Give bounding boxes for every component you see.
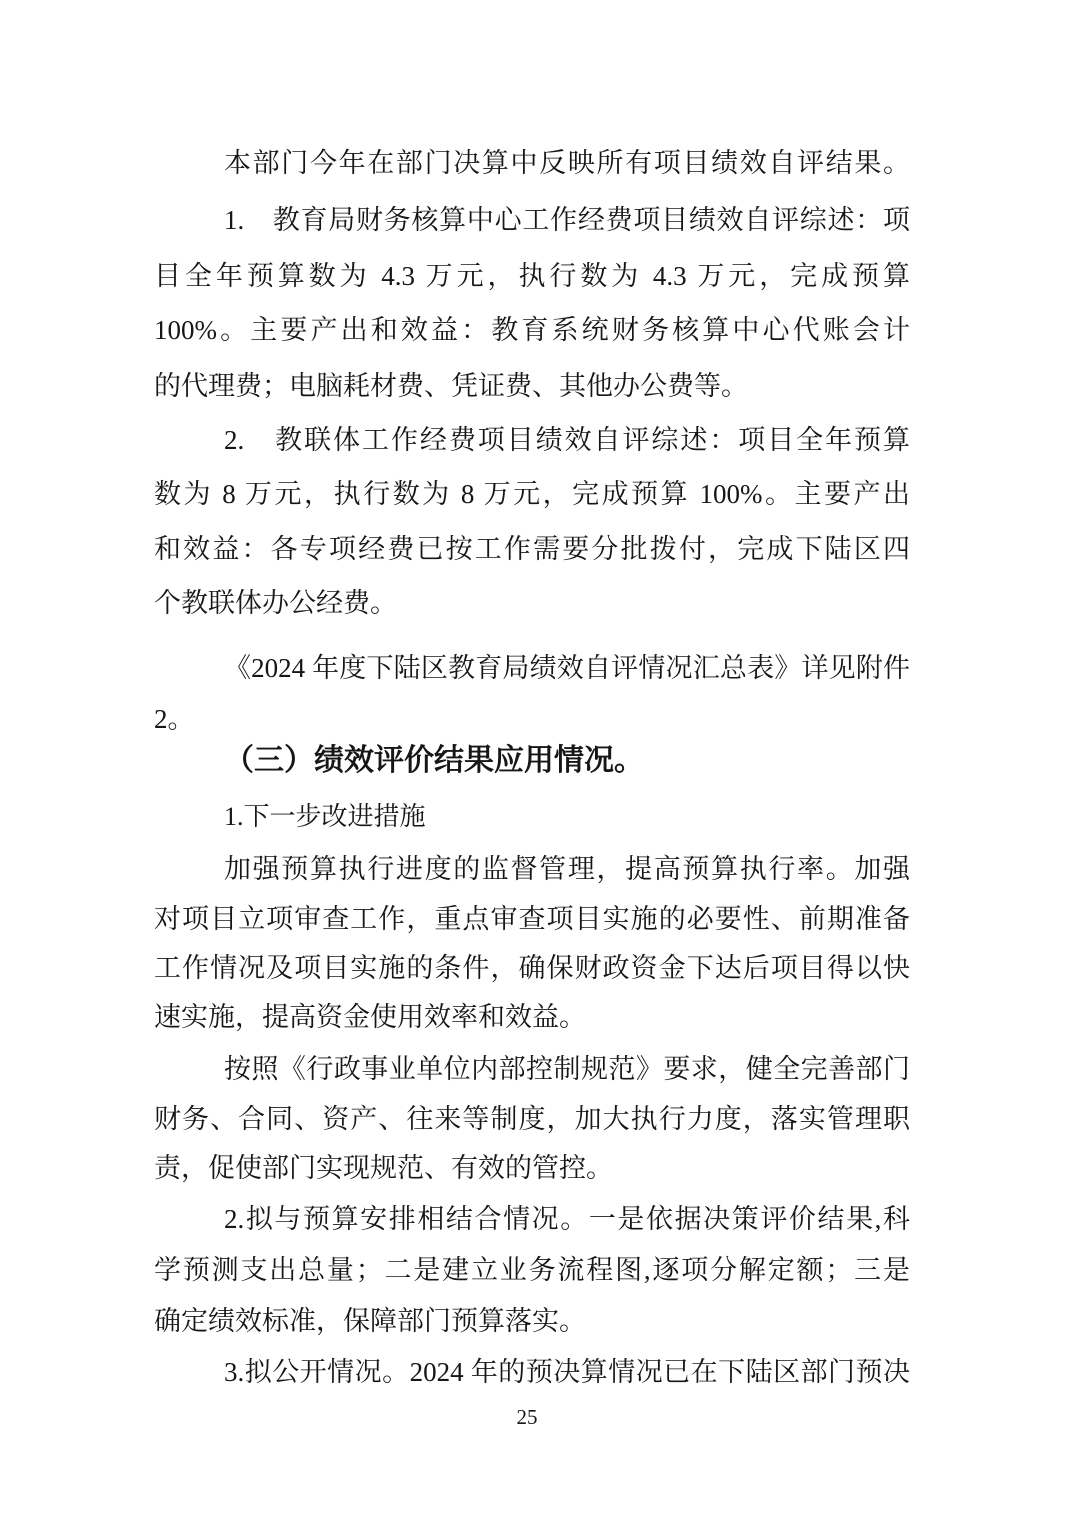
paragraph-line: 速实施，提高资金使用效率和效益。 bbox=[154, 998, 910, 1036]
section-heading: （三）绩效评价结果应用情况。 bbox=[154, 742, 910, 780]
list-item-1-line: 1. 教育局财务核算中心工作经费项目绩效自评综述：项 bbox=[154, 201, 910, 239]
paragraph-line: 个教联体办公经费。 bbox=[154, 584, 910, 622]
subsection-heading: 1.下一步改进措施 bbox=[154, 798, 910, 836]
paragraph-line: 工作情况及项目实施的条件，确保财政资金下达后项目得以快 bbox=[154, 949, 910, 987]
paragraph-line: 本部门今年在部门决算中反映所有项目绩效自评结果。 bbox=[154, 144, 910, 182]
paragraph-line: 加强预算执行进度的监督管理，提高预算执行率。加强 bbox=[154, 850, 910, 888]
paragraph-line: 数为 8 万元，执行数为 8 万元，完成预算 100%。主要产出 bbox=[154, 475, 910, 513]
attachment-ref-line: 《2024 年度下陆区教育局绩效自评情况汇总表》详见附件 bbox=[154, 649, 910, 687]
paragraph-line: 的代理费；电脑耗材费、凭证费、其他办公费等。 bbox=[154, 367, 910, 405]
paragraph-line: 学预测支出总量；二是建立业务流程图,逐项分解定额；三是 bbox=[154, 1251, 910, 1289]
document-page: 本部门今年在部门决算中反映所有项目绩效自评结果。 1. 教育局财务核算中心工作经… bbox=[0, 0, 1074, 1520]
paragraph-line: 和效益：各专项经费已按工作需要分批拨付，完成下陆区四 bbox=[154, 530, 910, 568]
paragraph-line: 财务、合同、资产、往来等制度，加大执行力度，落实管理职 bbox=[154, 1100, 910, 1138]
paragraph-line: 对项目立项审查工作，重点审查项目实施的必要性、前期准备 bbox=[154, 900, 910, 938]
list-item-2-line: 2. 教联体工作经费项目绩效自评综述：项目全年预算 bbox=[154, 421, 910, 459]
paragraph-line: 目全年预算数为 4.3 万元，执行数为 4.3 万元，完成预算 bbox=[154, 257, 910, 295]
page-number: 25 bbox=[0, 1405, 1054, 1430]
list-item-2b-line: 2.拟与预算安排相结合情况。一是依据决策评价结果,科 bbox=[154, 1200, 910, 1238]
paragraph-line: 按照《行政事业单位内部控制规范》要求，健全完善部门 bbox=[154, 1050, 910, 1088]
attachment-ref-line: 2。 bbox=[154, 700, 910, 738]
paragraph-line: 确定绩效标准，保障部门预算落实。 bbox=[154, 1302, 910, 1340]
paragraph-line: 100%。主要产出和效益：教育系统财务核算中心代账会计 bbox=[154, 311, 910, 349]
list-item-3-line: 3.拟公开情况。2024 年的预决算情况已在下陆区部门预决 bbox=[154, 1353, 910, 1391]
paragraph-line: 责，促使部门实现规范、有效的管控。 bbox=[154, 1149, 910, 1187]
